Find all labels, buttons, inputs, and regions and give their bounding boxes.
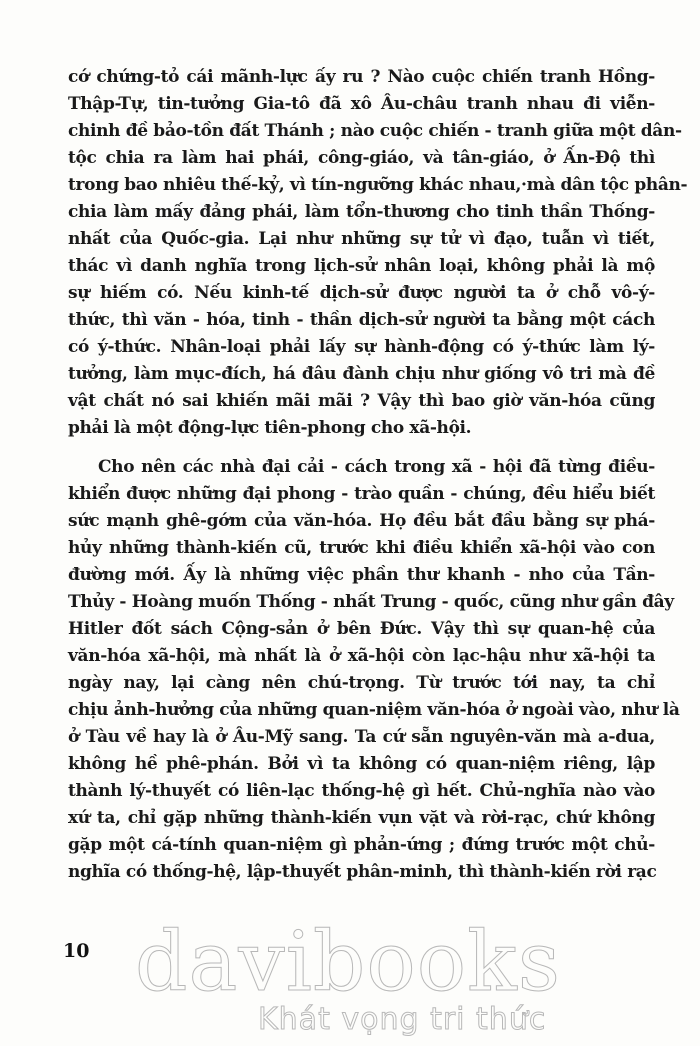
paragraph-1-line-4: tộc chia ra làm hai phái, công-giáo, và … [68,147,655,169]
paragraph-1-line-7: nhất của Quốc-gia. Lại như những sự tử v… [68,228,655,250]
paragraph-2-line-3: sức mạnh ghê-gớm của văn-hóa. Họ đều bắt… [68,510,655,532]
paragraph-2-line-9: ngày nay, lại càng nên chú-trọng. Từ trư… [68,672,655,694]
paragraph-1-line-1: cớ chứng-tỏ cái mãnh-lực ấy ru ? Nào cuộ… [68,66,655,88]
paragraph-2-line-12: không hề phê-phán. Bởi vì ta không có qu… [68,753,655,775]
paragraph-1-line-9: sự hiếm có. Nếu kinh-tế dịch-sử được ngư… [68,282,655,304]
book-page: cớ chứng-tỏ cái mãnh-lực ấy ru ? Nào cuộ… [0,0,700,1046]
paragraph-2-line-13: thành lý-thuyết có liên-lạc thống-hệ gì … [68,780,655,802]
paragraph-2-line-1: Cho nên các nhà đại cải - cách trong xã … [98,456,655,478]
paragraph-1-line-5: trong bao nhiêu thế-kỷ, vì tín-ngưỡng kh… [68,174,655,196]
paragraph-2-line-2: khiển được những đại phong - trào quần -… [68,483,655,505]
paragraph-2-line-6: Thủy - Hoàng muốn Thống - nhất Trung - q… [68,591,655,613]
watermark-brand-logo: davibooks [135,918,561,1008]
paragraph-2-line-10: chịu ảnh-hưởng của những quan-niệm văn-h… [68,699,655,721]
paragraph-1-line-8: thác vì danh nghĩa trong lịch-sử nhân lo… [68,255,655,277]
paragraph-1-line-10: thức, thì văn - hóa, tinh - thần dịch-sử… [68,309,655,331]
paragraph-1-line-11: có ý-thức. Nhân-loại phải lấy sự hành-độ… [68,336,655,358]
paragraph-1-line-6: chia làm mấy đảng phái, làm tổn-thương c… [68,201,655,223]
paragraph-2-line-14: xứ ta, chỉ gặp những thành-kiến vụn vặt … [68,807,655,829]
paragraph-2-line-7: Hitler đốt sách Cộng-sản ở bên Đức. Vậy … [68,618,655,640]
paragraph-1-line-13: vật chất nó sai khiến mãi mãi ? Vậy thì … [68,390,655,412]
paragraph-1-line-2: Thập-Tự, tin-tưởng Gia-tô đã xô Âu-châu … [68,93,655,115]
paragraph-2-line-11: ở Tàu về hay là ở Âu-Mỹ sang. Ta cứ sẵn … [68,726,655,748]
paragraph-1-line-14: phải là một động-lực tiên-phong cho xã-h… [68,417,655,439]
paragraph-2-line-4: hủy những thành-kiến cũ, trước khi điều … [68,537,655,559]
paragraph-1-line-3: chinh đề bảo-tồn đất Thánh ; nào cuộc ch… [68,120,655,142]
page-number: 10 [63,940,89,962]
paragraph-1-line-12: tưởng, làm mục-đích, há đâu đành chịu nh… [68,363,655,385]
paragraph-2-line-16: nghĩa có thống-hệ, lập-thuyết phân-minh,… [68,861,655,883]
paragraph-2-line-15: gặp một cá-tính quan-niệm gì phản-ứng ; … [68,834,655,856]
paragraph-2-line-8: văn-hóa xã-hội, mà nhất là ở xã-hội còn … [68,645,655,667]
watermark-tagline: Khát vọng tri thức [258,1002,546,1038]
paragraph-2-line-5: đường mới. Ấy là những việc phần thư kha… [68,564,655,586]
